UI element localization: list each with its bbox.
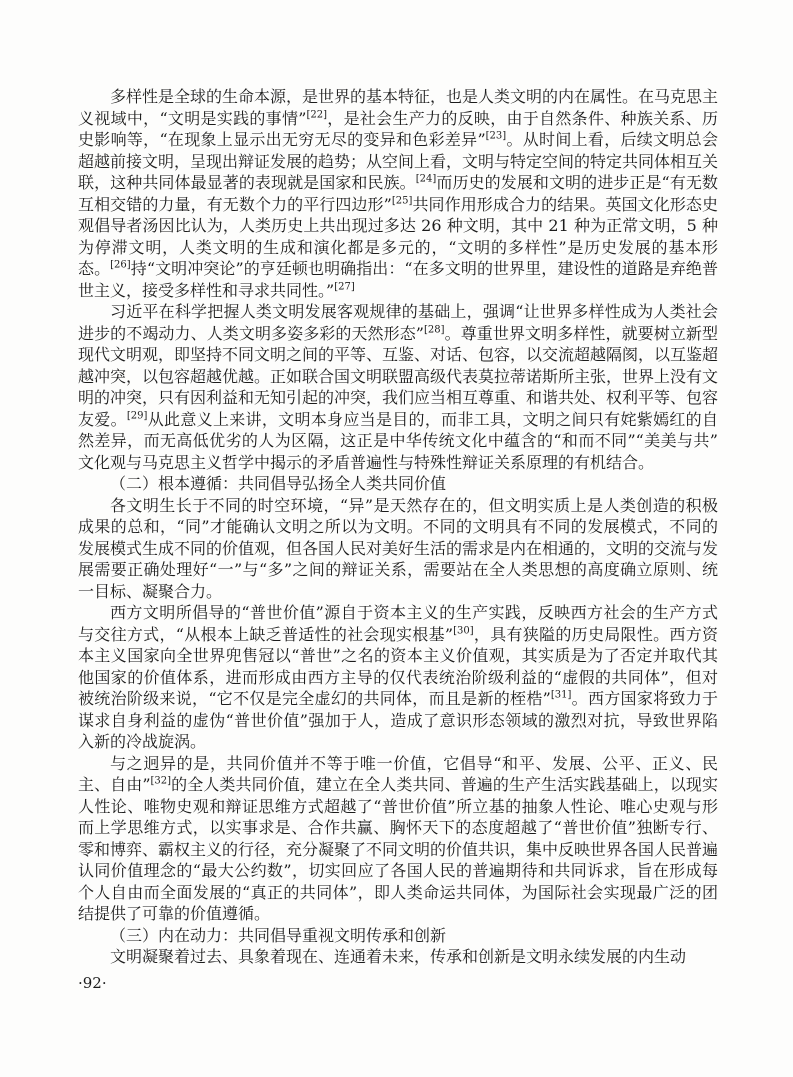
section-heading: （三）内在动力：共同倡导重视文明传承和创新 (78, 925, 718, 947)
paragraph: 各文明生长于不同的时空环境，“异”是天然存在的，但文明实质上是人类创造的积极成果… (78, 495, 718, 603)
footnote-ref: [23] (486, 131, 507, 142)
footnote-ref: [22] (306, 109, 327, 120)
footnote-ref: [24] (416, 174, 437, 185)
paragraph: 文明凝聚着过去、具象着现在、连通着未来，传承和创新是文明永续发展的内生动 (78, 946, 718, 968)
footnote-ref: [32] (151, 776, 172, 787)
footnote-ref: [25] (392, 195, 413, 206)
section-heading: （二）根本遵循：共同倡导弘扬全人类共同价值 (78, 473, 718, 495)
footnote-ref: [31] (551, 690, 572, 701)
footnote-ref: [27] (334, 281, 355, 292)
paragraph: 与之迥异的是，共同价值并不等于唯一价值，它倡导“和平、发展、公平、正义、民主、自… (78, 753, 718, 925)
paragraph: 西方文明所倡导的“普世价值”源自于资本主义的生产实践，反映西方社会的生产方式与交… (78, 602, 718, 753)
page-number: ·92· (78, 973, 716, 994)
footnote-ref: [28] (424, 324, 445, 335)
paragraph: 多样性是全球的生命本源，是世界的基本特征，也是人类文明的内在属性。在马克思主义视… (78, 86, 718, 301)
footnote-ref: [26] (110, 260, 131, 271)
journal-page: 多样性是全球的生命本源，是世界的基本特征，也是人类文明的内在属性。在马克思主义视… (0, 0, 793, 1077)
footnote-ref: [30] (453, 625, 474, 636)
paragraph: 习近平在科学把握人类文明发展客观规律的基础上，强调“让世界多样性成为人类社会进步… (78, 301, 718, 473)
footnote-ref: [29] (127, 410, 148, 421)
article-body: 多样性是全球的生命本源，是世界的基本特征，也是人类文明的内在属性。在马克思主义视… (78, 86, 718, 968)
